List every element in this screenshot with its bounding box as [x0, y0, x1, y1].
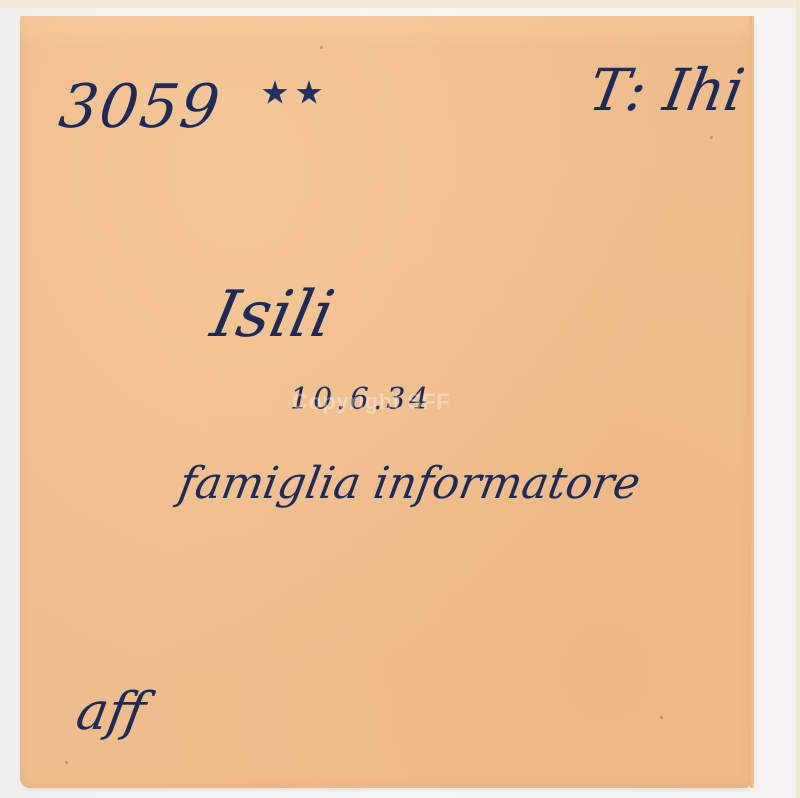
paper-speck — [65, 761, 68, 764]
paper-speck — [320, 46, 323, 49]
top-edge-strip — [0, 0, 800, 8]
catalog-number: 3059 — [55, 72, 226, 142]
place-name: Isili — [205, 278, 340, 352]
date: 10.6.34 — [290, 382, 433, 417]
initials: aff — [72, 682, 150, 742]
note: famiglia informatore — [175, 458, 644, 509]
paper-speck — [710, 136, 713, 139]
paper-speck — [660, 716, 663, 719]
reference-code: T: Ihi — [584, 56, 749, 124]
catalog-marks — [262, 80, 322, 106]
right-edge-strip — [796, 0, 800, 798]
star-icon — [262, 80, 288, 106]
scan-background: 3059 T: Ihi Isili 10.6.34 Copyright SFF … — [0, 0, 800, 798]
star-icon — [296, 80, 322, 106]
